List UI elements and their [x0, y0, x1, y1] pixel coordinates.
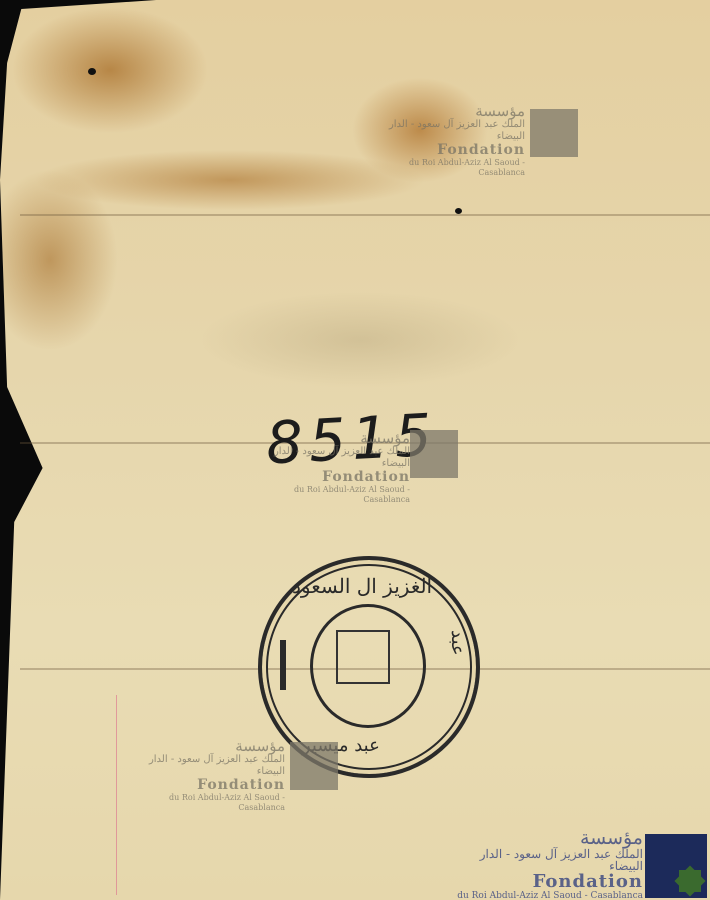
watermark-french-subtitle: du Roi Abdul-Aziz Al Saoud - Casablanca — [370, 158, 525, 178]
watermark-arabic-subtitle: الملك عبد العزيز آل سعود - الدار البيضاء — [445, 848, 643, 872]
paper-hole — [455, 208, 462, 214]
watermark-arabic-title: مؤسسة — [250, 430, 410, 446]
seal-text-right: عبد — [447, 630, 468, 656]
watermark: مؤسسة الملك عبد العزيز آل سعود - الدار ا… — [250, 430, 410, 505]
watermark-arabic-subtitle: الملك عبد العزيز آل سعود - الدار البيضاء — [250, 446, 410, 470]
foundation-logo-icon — [290, 742, 338, 790]
watermark-french-title: Fondation — [250, 470, 410, 485]
watermark-french-title: Fondation — [370, 143, 525, 158]
star-icon — [679, 870, 701, 892]
watermark-arabic-subtitle: الملك عبد العزيز آل سعود - الدار البيضاء — [125, 754, 285, 778]
watermark-french-subtitle: du Roi Abdul-Aziz Al Saoud - Casablanca — [250, 485, 410, 505]
paper-hole — [88, 68, 96, 75]
foundation-logo-icon — [645, 834, 707, 898]
seal-mark — [280, 640, 286, 690]
foundation-logo-icon — [530, 109, 578, 157]
watermark-french-subtitle: du Roi Abdul-Aziz Al Saoud - Casablanca — [125, 793, 285, 813]
watermark-arabic-title: مؤسسة — [125, 738, 285, 754]
watermark-arabic-title: مؤسسة — [445, 828, 643, 848]
foundation-logo-icon — [410, 430, 458, 478]
watermark-french-subtitle: du Roi Abdul-Aziz Al Saoud - Casablanca — [445, 891, 643, 900]
margin-line — [116, 695, 117, 895]
watermark: مؤسسة الملك عبد العزيز آل سعود - الدار ا… — [445, 828, 643, 900]
watermark: مؤسسة الملك عبد العزيز آل سعود - الدار ا… — [370, 103, 525, 178]
fold-line — [20, 214, 710, 216]
watermark: مؤسسة الملك عبد العزيز آل سعود - الدار ا… — [125, 738, 285, 813]
watermark-french-title: Fondation — [445, 872, 643, 891]
watermark-arabic-title: مؤسسة — [370, 103, 525, 119]
star-emblem-icon — [336, 630, 390, 684]
watermark-arabic-subtitle: الملك عبد العزيز آل سعود - الدار البيضاء — [370, 119, 525, 143]
watermark-french-title: Fondation — [125, 778, 285, 793]
seal-text-top: الغزيز ال السعود — [292, 574, 432, 598]
